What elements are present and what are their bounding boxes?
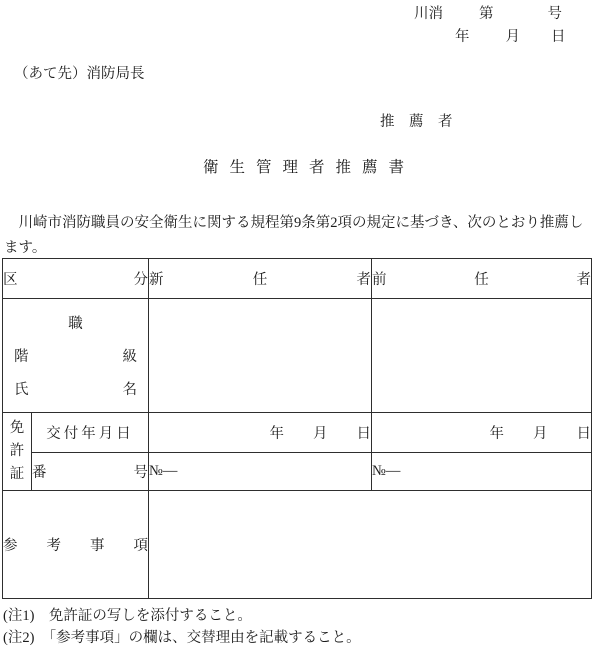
license-issue-date-former-cell: 年 月 日	[372, 413, 592, 453]
footnotes: (注1) 免許証の写しを添付すること。 (注2) 「参考事項」の欄は、交替理由を…	[3, 606, 361, 649]
document-page: 川消 第 号 年 月 日 （あて先）消防局長 推 薦 者 衛生管理者推薦書 川崎…	[0, 0, 593, 651]
doc-number-line: 川消 第 号	[414, 4, 562, 24]
date-day-label: 日	[551, 27, 566, 47]
label-name: 氏名	[3, 378, 148, 399]
license-number-new-cell: №―	[149, 453, 372, 491]
label-position: 職	[3, 312, 148, 333]
former-appointee-profile-cell	[372, 299, 592, 413]
recommendation-table: 区分 新任者 前任者 職 階級 氏名 免許証 交付年月日 年 月 日 年 月 日…	[2, 258, 592, 599]
addressee-line: （あて先）消防局長	[14, 64, 145, 84]
form-title: 衛生管理者推薦書	[203, 157, 415, 179]
license-issue-date-label: 交付年月日	[32, 413, 149, 453]
date-year-label: 年	[455, 27, 470, 47]
remarks-label: 参考事項	[3, 491, 149, 599]
date-month-label: 月	[506, 27, 521, 47]
intro-paragraph: 川崎市消防職員の安全衛生に関する規程第9条第2項の規定に基づき、次のとおり推薦し…	[4, 211, 593, 261]
footnote-1: (注1) 免許証の写しを添付すること。	[3, 606, 361, 628]
license-group-label: 免許証	[3, 413, 32, 491]
header-category-cell: 区分	[3, 259, 149, 299]
header-former-appointee-cell: 前任者	[372, 259, 592, 299]
license-issue-date-new-cell: 年 月 日	[149, 413, 372, 453]
recommender-label: 推 薦 者	[380, 112, 453, 132]
footnote-2: (注2) 「参考事項」の欄は、交替理由を記載すること。	[3, 628, 361, 650]
doc-number-prefix: 川消	[414, 4, 443, 24]
new-appointee-profile-cell	[149, 299, 372, 413]
doc-date-line: 年 月 日	[455, 27, 566, 47]
license-number-former-cell: №―	[372, 453, 592, 491]
header-new-appointee-cell: 新任者	[149, 259, 372, 299]
doc-number-label: 第	[479, 4, 494, 24]
remarks-value-cell	[149, 491, 592, 599]
profile-labels-cell: 職 階級 氏名	[3, 299, 149, 413]
license-number-label: 番号	[32, 453, 149, 491]
doc-number-suffix: 号	[548, 4, 563, 24]
label-rank: 階級	[3, 345, 148, 366]
